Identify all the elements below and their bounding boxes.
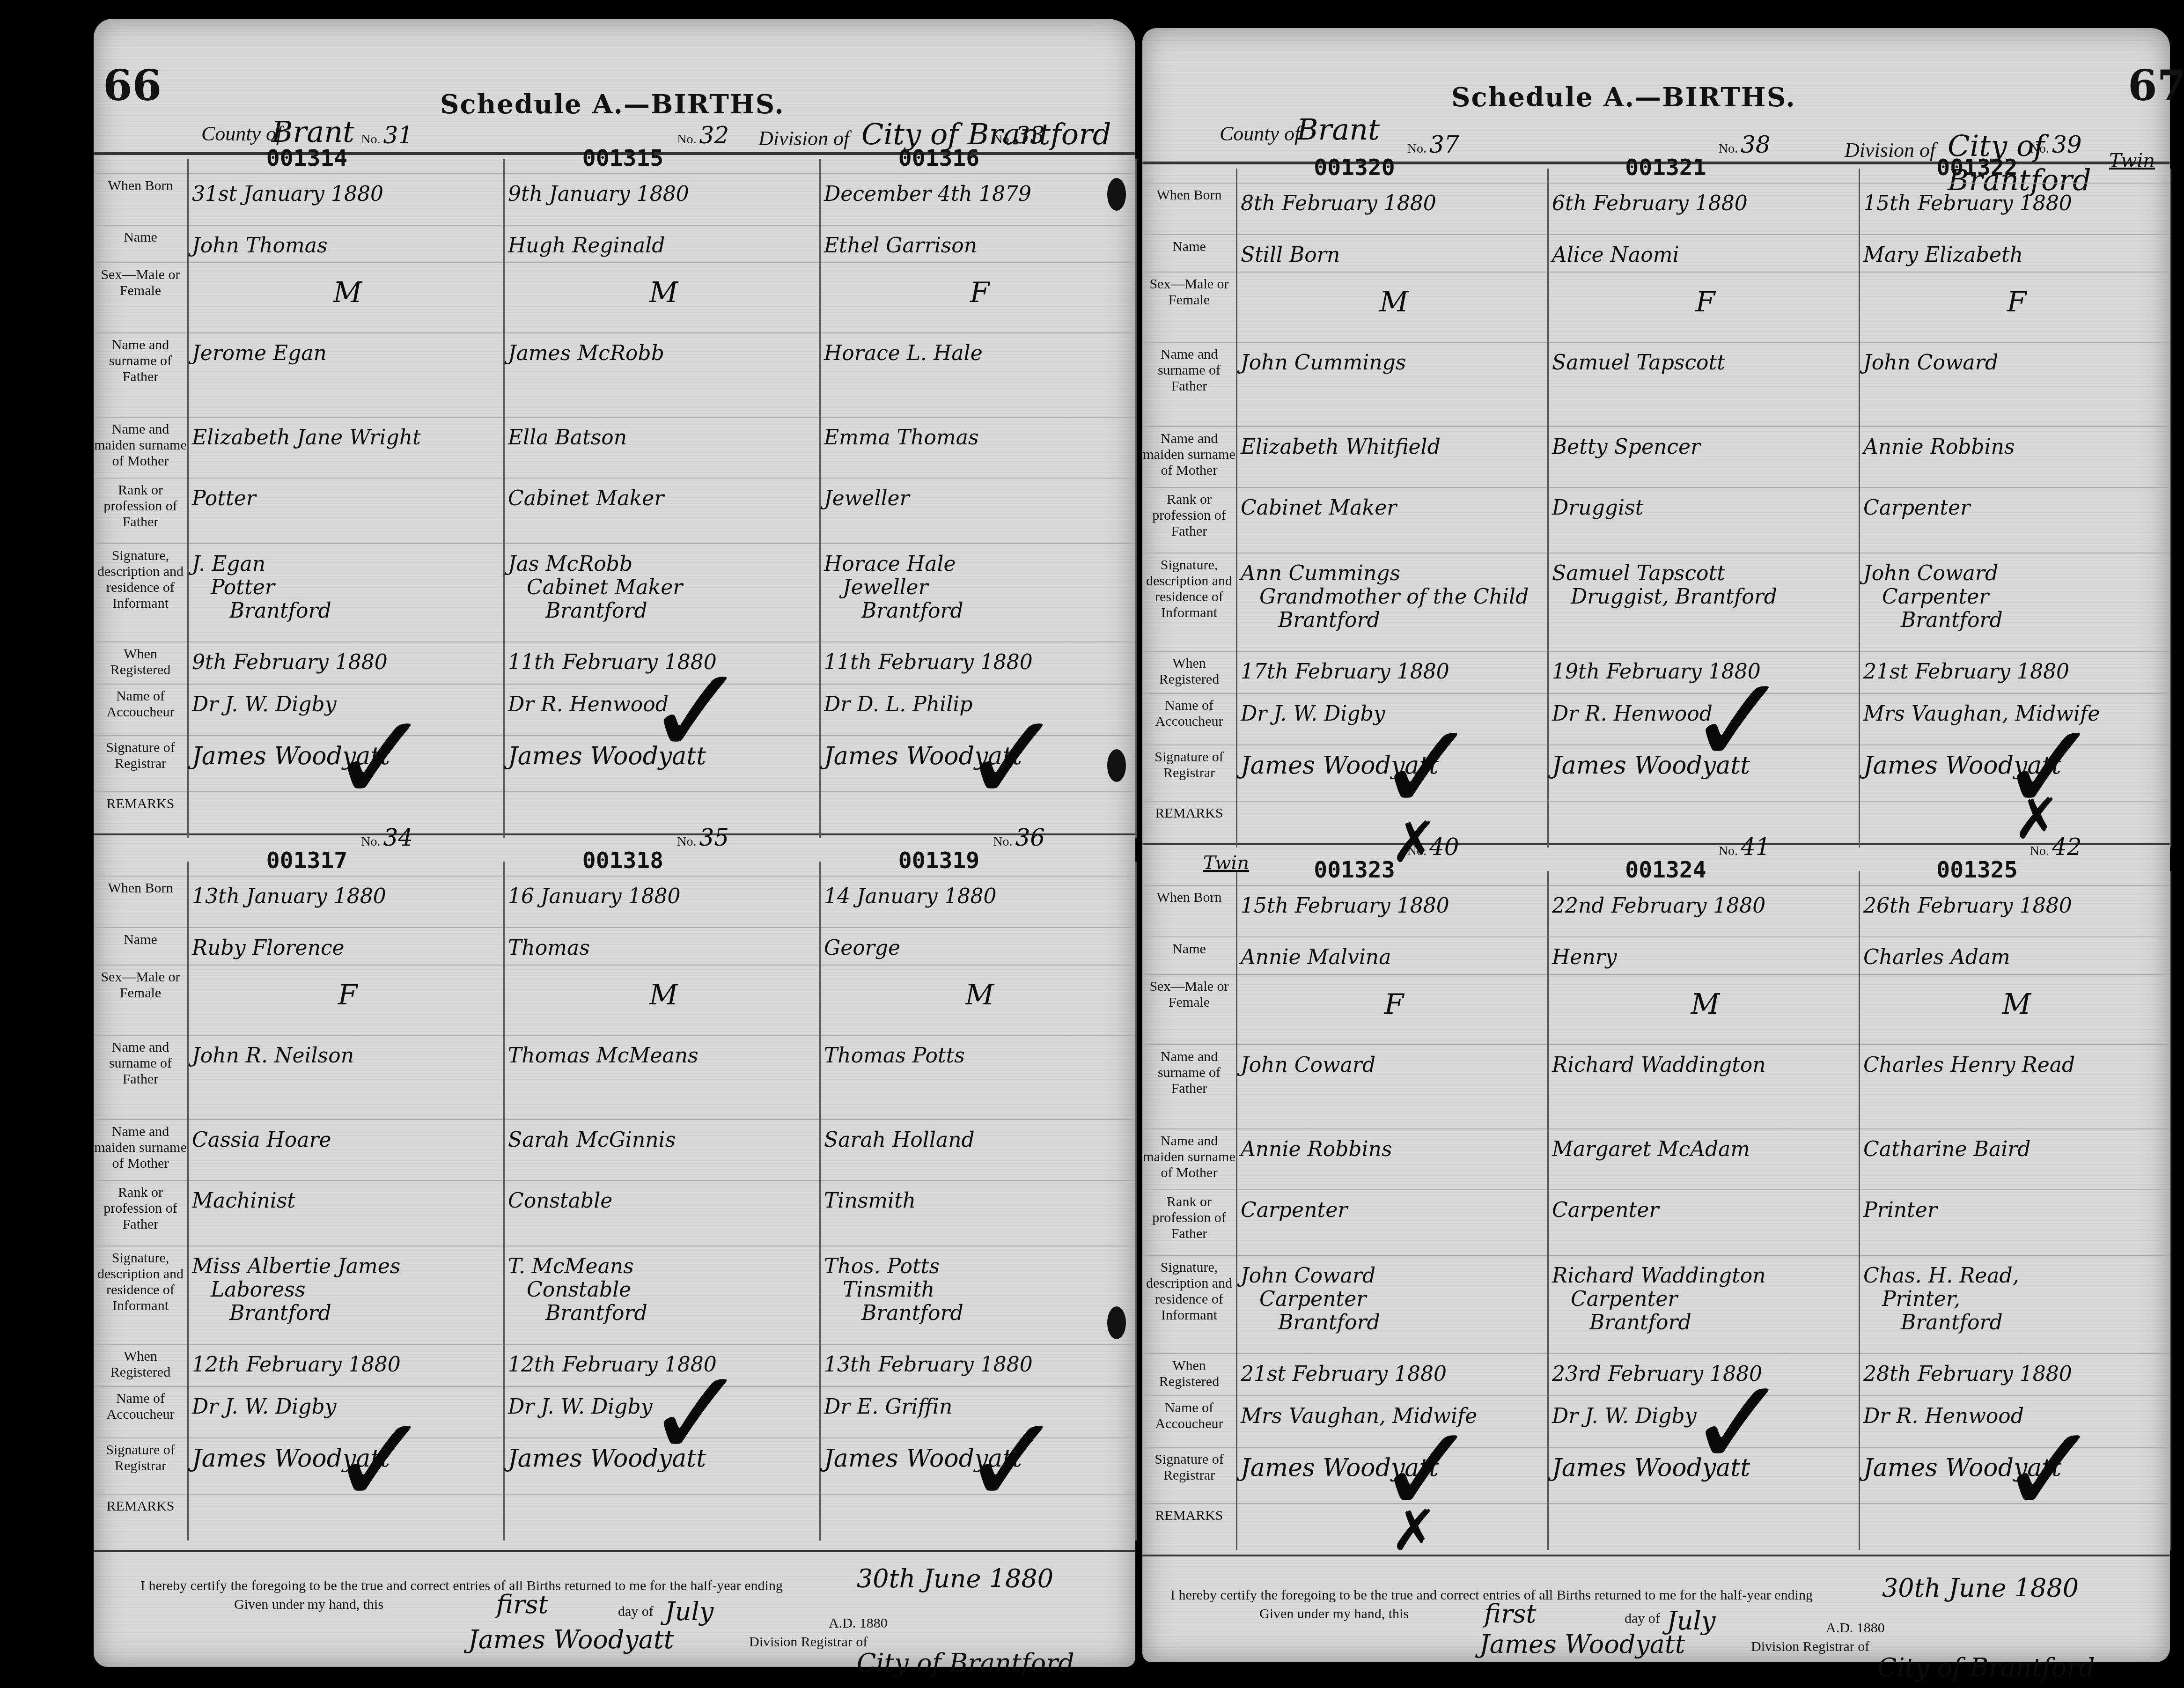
entry-informant: Chas. H. Read,Printer,Brantford bbox=[1859, 1264, 2170, 1334]
row-label: Rank or profession of Father bbox=[1142, 1194, 1236, 1242]
entry-informant: John CowardCarpenterBrantford bbox=[1236, 1264, 1547, 1334]
entry-father: Richard Waddington bbox=[1547, 1054, 1859, 1077]
check-mark-icon: ✓ bbox=[646, 651, 748, 773]
informant-line: Thos. Potts bbox=[824, 1255, 1135, 1278]
no-label: No. bbox=[993, 132, 1012, 147]
entry-mother: Catharine Baird bbox=[1859, 1138, 2170, 1161]
registration-number: No.38 bbox=[1719, 131, 1771, 158]
page-number: 66 bbox=[103, 61, 162, 111]
row-label: Name bbox=[1142, 941, 1236, 957]
row-label: Name of Accoucheur bbox=[94, 1391, 187, 1423]
check-mark-icon: ✓ bbox=[1687, 1363, 1789, 1484]
registration-number: No.33 bbox=[993, 122, 1045, 149]
reg-no-value: 38 bbox=[1741, 131, 1771, 158]
entry-sex: F bbox=[1236, 993, 1547, 1016]
no-label: No. bbox=[677, 834, 696, 849]
column-rule bbox=[2170, 871, 2171, 1550]
division-registrar-label: Division Registrar of bbox=[1751, 1639, 1869, 1655]
row-label: Rank or profession of Father bbox=[94, 1185, 187, 1232]
column-rule bbox=[1135, 159, 1137, 838]
entry-when-registered: 17th February 1880 bbox=[1236, 660, 1547, 684]
twin-note: Twin bbox=[2109, 150, 2155, 171]
row-label: Name bbox=[94, 229, 187, 245]
entry-father: John Coward bbox=[1236, 1054, 1547, 1077]
lower-section: When BornNameSex—Male or FemaleName and … bbox=[94, 862, 1135, 1541]
row-label: REMARKS bbox=[1142, 1508, 1236, 1524]
birth-entry: 001314No.3131st January 1880John ThomasM… bbox=[187, 159, 503, 838]
informant-line: Printer, bbox=[1863, 1288, 2170, 1311]
entry-name: Still Born bbox=[1236, 243, 1547, 267]
county-label: County of bbox=[201, 122, 282, 146]
footer-divider bbox=[94, 1550, 1135, 1552]
entry-profession: Jeweller bbox=[819, 487, 1135, 510]
certification-given-text: Given under my hand, this bbox=[234, 1597, 383, 1613]
certification-division: City of Brantford bbox=[1877, 1653, 2095, 1682]
informant-line: Miss Albertie James bbox=[192, 1255, 503, 1278]
row-label: Name bbox=[94, 932, 187, 948]
entry-profession: Carpenter bbox=[1547, 1199, 1859, 1222]
entry-profession: Druggist bbox=[1547, 496, 1859, 520]
informant-line: Brantford bbox=[1863, 609, 2170, 632]
no-label: No. bbox=[1719, 141, 1738, 156]
birth-entry: 001320No.378th February 1880Still BornMJ… bbox=[1236, 169, 1547, 848]
entry-when-born: 16 January 1880 bbox=[503, 885, 819, 908]
entry-when-born: 31st January 1880 bbox=[187, 183, 503, 206]
informant-line: Laboress bbox=[192, 1278, 503, 1302]
entry-sex: M bbox=[187, 281, 503, 304]
entry-name: Hugh Reginald bbox=[503, 234, 819, 258]
informant-line: Brantford bbox=[1241, 1311, 1547, 1334]
entry-profession: Carpenter bbox=[1236, 1199, 1547, 1222]
informant-line: Ann Cummings bbox=[1241, 562, 1547, 585]
informant-line: Tinsmith bbox=[824, 1278, 1135, 1302]
entry-mother: Elizabeth Whitfield bbox=[1236, 435, 1547, 459]
birth-entry: 001325No.4226th February 1880Charles Ada… bbox=[1859, 871, 2170, 1550]
registration-number: No.35 bbox=[677, 824, 729, 851]
registrar-signature: James Woodyatt bbox=[468, 1625, 674, 1654]
division-label: Division of bbox=[1845, 138, 1935, 162]
informant-line: Brantford bbox=[1552, 1311, 1859, 1334]
informant-line: John Coward bbox=[1863, 562, 2170, 585]
check-mark-icon: ✓ bbox=[330, 1400, 432, 1522]
entry-when-born: 22nd February 1880 bbox=[1547, 894, 1859, 918]
birth-entry: 001318No.3516 January 1880ThomasMThomas … bbox=[503, 862, 819, 1541]
reg-no-value: 39 bbox=[2052, 131, 2082, 158]
entry-father: Charles Henry Read bbox=[1859, 1054, 2170, 1077]
entry-when-born: 8th February 1880 bbox=[1236, 192, 1547, 215]
upper-section: When BornNameSex—Male or FemaleName and … bbox=[94, 159, 1135, 838]
birth-entry: 001315No.329th January 1880Hugh Reginald… bbox=[503, 159, 819, 838]
certification-division: City of Brantford bbox=[857, 1648, 1074, 1678]
reg-no-value: 34 bbox=[383, 824, 413, 851]
entry-father: Jerome Egan bbox=[187, 342, 503, 365]
serial-number: 001323 bbox=[1314, 857, 1395, 883]
row-label: When Born bbox=[1142, 187, 1236, 203]
entry-mother: Sarah McGinnis bbox=[503, 1128, 819, 1152]
entry-name: Alice Naomi bbox=[1547, 243, 1859, 267]
entry-sex: F bbox=[819, 281, 1135, 304]
check-mark-icon: ✓ bbox=[1999, 1409, 2101, 1531]
left-page: 66 Schedule A.—BIRTHS. County of Brant D… bbox=[94, 19, 1135, 1667]
registration-number: No.32 bbox=[677, 122, 729, 149]
certification-text: I hereby certify the foregoing to be the… bbox=[140, 1578, 783, 1594]
informant-line: Brantford bbox=[1863, 1311, 2170, 1334]
serial-number: 001321 bbox=[1625, 155, 1706, 181]
entry-when-born: 15th February 1880 bbox=[1859, 192, 2170, 215]
reg-no-value: 41 bbox=[1741, 833, 1771, 861]
row-label: Sex—Male or Female bbox=[94, 267, 187, 299]
row-label: Name of Accoucheur bbox=[1142, 698, 1236, 730]
entry-profession: Carpenter bbox=[1859, 496, 2170, 520]
entry-mother: Elizabeth Jane Wright bbox=[187, 426, 503, 450]
no-label: No. bbox=[1719, 844, 1738, 858]
informant-line: Potter bbox=[192, 576, 503, 599]
row-label: Signature of Registrar bbox=[94, 740, 187, 772]
check-mark-icon: ✓ bbox=[330, 698, 432, 819]
informant-line: T. McMeans bbox=[508, 1255, 819, 1278]
column-rule bbox=[1135, 862, 1137, 1541]
row-label: Rank or profession of Father bbox=[94, 482, 187, 530]
footer-divider bbox=[1142, 1555, 2170, 1556]
entry-when-registered: 13th February 1880 bbox=[819, 1353, 1135, 1377]
entry-informant: Ann CummingsGrandmother of the ChildBran… bbox=[1236, 562, 1547, 632]
entry-name: Thomas bbox=[503, 936, 819, 960]
check-mark-icon: ✓ bbox=[646, 1353, 748, 1475]
no-label: No. bbox=[2030, 141, 2049, 156]
entry-sex: M bbox=[1236, 290, 1547, 314]
serial-number: 001315 bbox=[582, 145, 663, 171]
entry-when-registered: 12th February 1880 bbox=[187, 1353, 503, 1377]
registration-number: No.34 bbox=[361, 824, 413, 851]
entry-sex: M bbox=[503, 281, 819, 304]
entry-when-born: 26th February 1880 bbox=[1859, 894, 2170, 918]
entry-when-born: 6th February 1880 bbox=[1547, 192, 1859, 215]
row-label: REMARKS bbox=[94, 1498, 187, 1514]
serial-number: 001316 bbox=[898, 145, 979, 171]
birth-entry: 001321No.386th February 1880Alice NaomiF… bbox=[1547, 169, 1859, 848]
entry-informant: Samuel TapscottDruggist, Brantford bbox=[1547, 562, 1859, 609]
entry-when-born: 15th February 1880 bbox=[1236, 894, 1547, 918]
entry-mother: Annie Robbins bbox=[1236, 1138, 1547, 1161]
row-label: When Born bbox=[94, 880, 187, 896]
row-label: Name and surname of Father bbox=[1142, 1049, 1236, 1097]
row-label: When Registered bbox=[94, 646, 187, 678]
serial-number: 001319 bbox=[898, 848, 979, 874]
birth-entry: 001316No.33December 4th 1879Ethel Garris… bbox=[819, 159, 1135, 838]
entry-when-registered: 21st February 1880 bbox=[1859, 660, 2170, 684]
entry-name: Henry bbox=[1547, 946, 1859, 969]
entry-mother: Betty Spencer bbox=[1547, 435, 1859, 459]
reg-no-value: 37 bbox=[1429, 131, 1459, 158]
schedule-title: Schedule A.—BIRTHS. bbox=[440, 89, 785, 120]
entry-name: Mary Elizabeth bbox=[1859, 243, 2170, 267]
informant-line: Carpenter bbox=[1241, 1288, 1547, 1311]
informant-line: Grandmother of the Child bbox=[1241, 585, 1547, 609]
informant-line: Chas. H. Read, bbox=[1863, 1264, 2170, 1288]
entry-name: Ethel Garrison bbox=[819, 234, 1135, 258]
entry-father: John Coward bbox=[1859, 351, 2170, 375]
day-of-label: day of bbox=[1625, 1611, 1660, 1627]
informant-line: Samuel Tapscott bbox=[1552, 562, 1859, 585]
entry-informant: Jas McRobbCabinet MakerBrantford bbox=[503, 553, 819, 623]
county-value: Brant bbox=[1297, 112, 1380, 147]
entry-when-born: 9th January 1880 bbox=[503, 183, 819, 206]
row-label: Sex—Male or Female bbox=[94, 969, 187, 1001]
entry-mother: Margaret McAdam bbox=[1547, 1138, 1859, 1161]
row-label: Signature of Registrar bbox=[1142, 749, 1236, 781]
check-mark-icon: ✓ bbox=[962, 1400, 1064, 1522]
entry-sex: F bbox=[1859, 290, 2170, 314]
row-label: Name and surname of Father bbox=[94, 1039, 187, 1087]
serial-number: 001317 bbox=[266, 848, 347, 874]
ad-label: A.D. 1880 bbox=[1826, 1620, 1885, 1636]
division-label: Division of bbox=[758, 126, 849, 150]
informant-line: Carpenter bbox=[1863, 585, 2170, 609]
row-label: Signature, description and residence of … bbox=[1142, 1260, 1236, 1323]
check-mark-icon: ✓ bbox=[962, 698, 1064, 819]
entry-when-born: December 4th 1879 bbox=[819, 183, 1135, 206]
row-label: Sex—Male or Female bbox=[1142, 979, 1236, 1010]
row-label: Signature of Registrar bbox=[1142, 1452, 1236, 1483]
row-label: Name and maiden surname of Mother bbox=[1142, 1133, 1236, 1181]
informant-line: Brantford bbox=[508, 599, 819, 623]
row-label: REMARKS bbox=[94, 796, 187, 812]
row-label: REMARKS bbox=[1142, 805, 1236, 821]
certification-day: first bbox=[1484, 1599, 1536, 1629]
entry-informant: J. EganPotterBrantford bbox=[187, 553, 503, 623]
county-label: County of bbox=[1220, 122, 1300, 146]
informant-line: Druggist, Brantford bbox=[1552, 585, 1859, 609]
certification-day: first bbox=[496, 1590, 548, 1619]
reg-no-value: 32 bbox=[699, 122, 729, 149]
row-label: Signature, description and residence of … bbox=[94, 1250, 187, 1314]
serial-number: 001325 bbox=[1936, 857, 2017, 883]
binding-ring bbox=[1107, 1306, 1126, 1339]
entry-profession: Machinist bbox=[187, 1189, 503, 1213]
row-label: Name of Accoucheur bbox=[1142, 1400, 1236, 1432]
entry-informant: John CowardCarpenterBrantford bbox=[1859, 562, 2170, 632]
binding-ring bbox=[1107, 749, 1126, 782]
entry-father: Horace L. Hale bbox=[819, 342, 1135, 365]
binding-ring bbox=[1107, 178, 1126, 211]
serial-number: 001322 bbox=[1936, 155, 2017, 181]
entry-when-registered: 9th February 1880 bbox=[187, 651, 503, 674]
entry-profession: Constable bbox=[503, 1189, 819, 1213]
row-label: When Born bbox=[94, 178, 187, 194]
entry-informant: Horace HaleJewellerBrantford bbox=[819, 553, 1135, 623]
birth-entry: 001319No.3614 January 1880GeorgeMThomas … bbox=[819, 862, 1135, 1541]
no-label: No. bbox=[993, 834, 1012, 849]
county-value: Brant bbox=[272, 115, 354, 149]
entry-sex: M bbox=[1859, 993, 2170, 1016]
entry-informant: T. McMeansConstableBrantford bbox=[503, 1255, 819, 1325]
entry-when-born: 13th January 1880 bbox=[187, 885, 503, 908]
entry-when-registered: 28th February 1880 bbox=[1859, 1363, 2170, 1386]
informant-line: Horace Hale bbox=[824, 553, 1135, 576]
entry-informant: Miss Albertie JamesLaboressBrantford bbox=[187, 1255, 503, 1325]
informant-line: Cabinet Maker bbox=[508, 576, 819, 599]
informant-line: Brantford bbox=[824, 1302, 1135, 1325]
registration-number: No.36 bbox=[993, 824, 1045, 851]
registration-number: No.39 bbox=[2030, 131, 2082, 158]
upper-section: When BornNameSex—Male or FemaleName and … bbox=[1142, 169, 2170, 848]
informant-line: Brantford bbox=[192, 599, 503, 623]
reg-no-value: 33 bbox=[1015, 122, 1045, 149]
twin-note: Twin bbox=[1203, 852, 1249, 874]
lower-section: When BornNameSex—Male or FemaleName and … bbox=[1142, 871, 2170, 1550]
entry-profession: Printer bbox=[1859, 1199, 2170, 1222]
informant-line: J. Egan bbox=[192, 553, 503, 576]
row-label: Rank or profession of Father bbox=[1142, 492, 1236, 539]
entry-when-born: 14 January 1880 bbox=[819, 885, 1135, 908]
serial-number: 001324 bbox=[1625, 857, 1706, 883]
informant-line: Jas McRobb bbox=[508, 553, 819, 576]
entry-name: John Thomas bbox=[187, 234, 503, 258]
registration-number: No.37 bbox=[1407, 131, 1459, 158]
entry-sex: F bbox=[187, 983, 503, 1007]
row-label: Name and maiden surname of Mother bbox=[1142, 431, 1236, 479]
entry-name: Ruby Florence bbox=[187, 936, 503, 960]
row-label: Sex—Male or Female bbox=[1142, 276, 1236, 308]
row-label: Signature, description and residence of … bbox=[1142, 557, 1236, 621]
certification-ending-date: 30th June 1880 bbox=[857, 1564, 1053, 1593]
schedule-title: Schedule A.—BIRTHS. bbox=[1451, 82, 1796, 113]
column-rule bbox=[2170, 169, 2171, 848]
row-label: When Born bbox=[1142, 890, 1236, 906]
division-registrar-label: Division Registrar of bbox=[749, 1634, 868, 1650]
reg-no-value: 36 bbox=[1015, 824, 1045, 851]
ad-label: A.D. 1880 bbox=[829, 1615, 888, 1631]
entry-profession: Potter bbox=[187, 487, 503, 510]
entry-mother: Emma Thomas bbox=[819, 426, 1135, 450]
row-label: Signature of Registrar bbox=[94, 1442, 187, 1474]
entry-when-registered: 21st February 1880 bbox=[1236, 1363, 1547, 1386]
informant-line: Constable bbox=[508, 1278, 819, 1302]
entry-father: Thomas Potts bbox=[819, 1044, 1135, 1068]
entry-sex: F bbox=[1547, 290, 1859, 314]
informant-line: Brantford bbox=[192, 1302, 503, 1325]
row-label: Name and maiden surname of Mother bbox=[94, 421, 187, 469]
day-of-label: day of bbox=[618, 1604, 654, 1620]
entry-father: John R. Neilson bbox=[187, 1044, 503, 1068]
informant-line: Jeweller bbox=[824, 576, 1135, 599]
informant-line: Carpenter bbox=[1552, 1288, 1859, 1311]
check-mark-icon: ✓ bbox=[1687, 660, 1789, 782]
entry-profession: Cabinet Maker bbox=[1236, 496, 1547, 520]
certification-month: July bbox=[665, 1597, 713, 1626]
reg-no-value: 35 bbox=[699, 824, 729, 851]
informant-line: Brantford bbox=[824, 599, 1135, 623]
row-label: Name and surname of Father bbox=[94, 337, 187, 385]
entry-name: Annie Malvina bbox=[1236, 946, 1547, 969]
row-label: When Registered bbox=[94, 1349, 187, 1380]
no-label: No. bbox=[1407, 141, 1427, 156]
cross-mark-icon: ✗ bbox=[1390, 1503, 1438, 1559]
entry-mother: Annie Robbins bbox=[1859, 435, 2170, 459]
birth-entry: 001323No.40Twin15th February 1880Annie M… bbox=[1236, 871, 1547, 1550]
no-label: No. bbox=[361, 132, 380, 147]
birth-entry: 001322No.39Twin15th February 1880Mary El… bbox=[1859, 169, 2170, 848]
registrar-signature: James Woodyatt bbox=[1479, 1629, 1685, 1659]
birth-entry: 001324No.4122nd February 1880HenryMRicha… bbox=[1547, 871, 1859, 1550]
certification-ending-date: 30th June 1880 bbox=[1882, 1573, 2079, 1603]
entry-father: Thomas McMeans bbox=[503, 1044, 819, 1068]
informant-line: John Coward bbox=[1241, 1264, 1547, 1288]
page-number: 67 bbox=[2128, 61, 2184, 111]
entry-name: Charles Adam bbox=[1859, 946, 2170, 969]
informant-line: Brantford bbox=[1241, 609, 1547, 632]
entry-mother: Sarah Holland bbox=[819, 1128, 1135, 1152]
entry-father: Samuel Tapscott bbox=[1547, 351, 1859, 375]
row-label: When Registered bbox=[1142, 656, 1236, 687]
entry-father: John Cummings bbox=[1236, 351, 1547, 375]
no-label: No. bbox=[361, 834, 380, 849]
entry-name: George bbox=[819, 936, 1135, 960]
entry-informant: Thos. PottsTinsmithBrantford bbox=[819, 1255, 1135, 1325]
serial-number: 001314 bbox=[266, 145, 347, 171]
row-label: Name and maiden surname of Mother bbox=[94, 1124, 187, 1172]
informant-line: Richard Waddington bbox=[1552, 1264, 1859, 1288]
serial-number: 001318 bbox=[582, 848, 663, 874]
row-label: Name bbox=[1142, 239, 1236, 255]
entry-mother: Ella Batson bbox=[503, 426, 819, 450]
registration-number: No.31 bbox=[361, 122, 413, 149]
serial-number: 001320 bbox=[1314, 155, 1395, 181]
row-label: When Registered bbox=[1142, 1358, 1236, 1390]
entry-sex: M bbox=[819, 983, 1135, 1007]
cross-mark-icon: ✗ bbox=[1390, 815, 1438, 871]
entry-sex: M bbox=[1547, 993, 1859, 1016]
entry-profession: Cabinet Maker bbox=[503, 487, 819, 510]
row-label: Signature, description and residence of … bbox=[94, 548, 187, 612]
entry-father: James McRobb bbox=[503, 342, 819, 365]
entry-profession: Tinsmith bbox=[819, 1189, 1135, 1213]
entry-informant: Richard WaddingtonCarpenterBrantford bbox=[1547, 1264, 1859, 1334]
entry-mother: Cassia Hoare bbox=[187, 1128, 503, 1152]
certification-given-text: Given under my hand, this bbox=[1259, 1606, 1409, 1622]
row-label: Name and surname of Father bbox=[1142, 346, 1236, 394]
registration-number: No.41 bbox=[1719, 833, 1771, 861]
entry-sex: M bbox=[503, 983, 819, 1007]
no-label: No. bbox=[677, 132, 696, 147]
informant-line: Brantford bbox=[508, 1302, 819, 1325]
row-label: Name of Accoucheur bbox=[94, 688, 187, 720]
entry-when-registered: 11th February 1880 bbox=[819, 651, 1135, 674]
birth-entry: 001317No.3413th January 1880Ruby Florenc… bbox=[187, 862, 503, 1541]
cross-mark-icon: ✗ bbox=[2013, 791, 2060, 848]
reg-no-value: 31 bbox=[383, 122, 413, 149]
